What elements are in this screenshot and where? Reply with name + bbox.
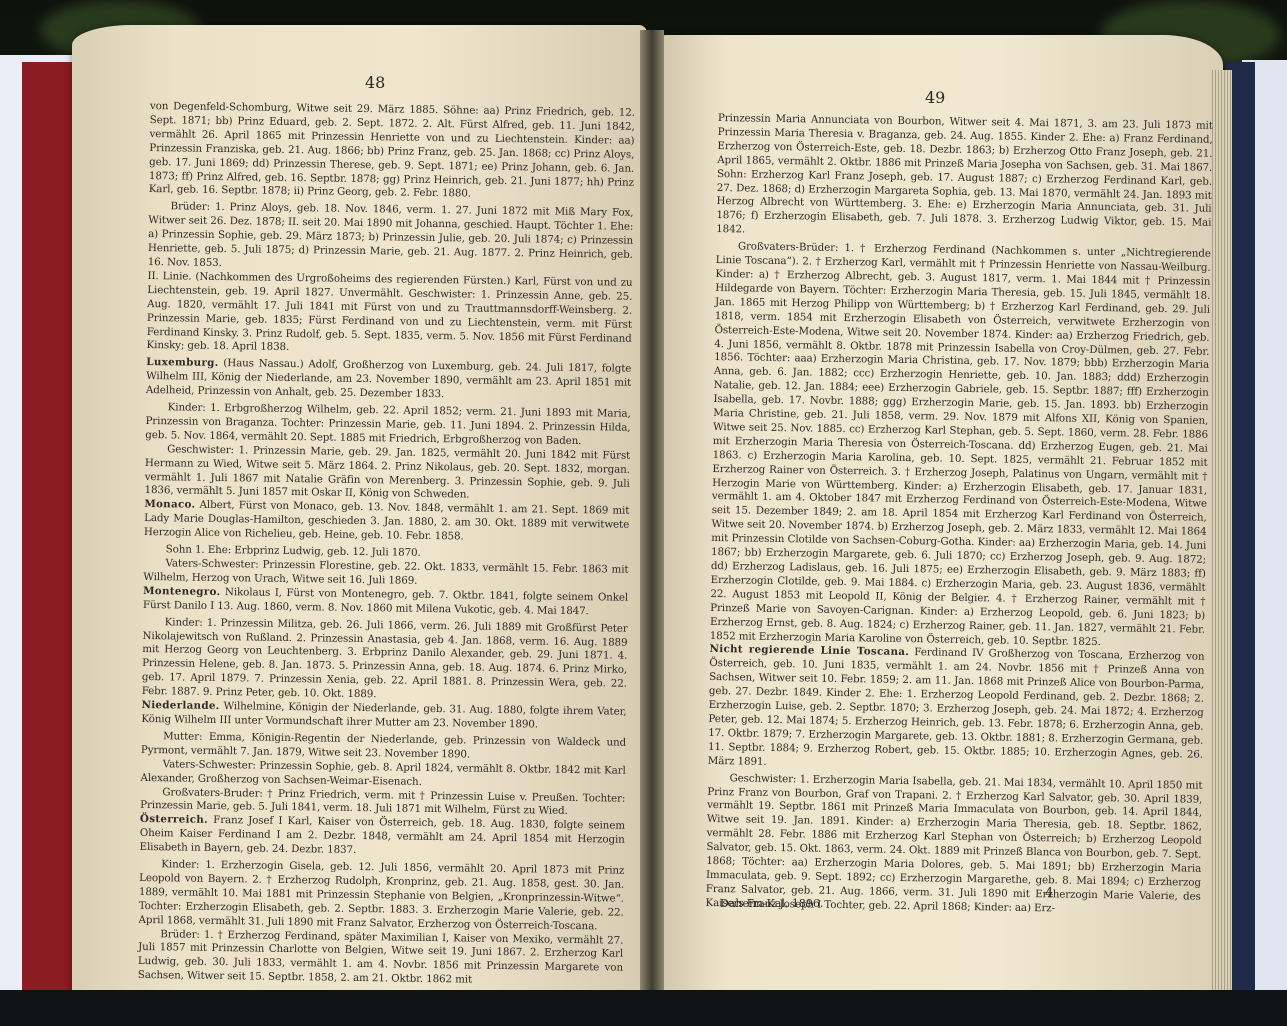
- genealogy-entry: Geschwister: 1. Prinzessin Marie, geb. 2…: [144, 443, 630, 505]
- genealogy-entry-montenegro: Montenegro. Nikolaus I, Fürst von Monten…: [143, 585, 628, 620]
- genealogy-entry-luxemburg: Luxemburg. (Haus Nassau.) Adolf, Großher…: [146, 356, 632, 404]
- genealogy-entry-oesterreich: Österreich. Franz Josef I Karl, Kaiser v…: [139, 813, 625, 861]
- genealogy-entry: Großvaters-Brüder: 1. † Erzherzog Ferdin…: [710, 240, 1211, 651]
- genealogy-entry: Brüder: 1. † Erzherzog Ferdinand, später…: [138, 927, 624, 989]
- genealogy-entry: Kinder: 1. Erzherzogin Gisela, geb. 12. …: [138, 858, 624, 934]
- book-gutter: [640, 30, 664, 1015]
- genealogy-entry: Kinder: 1. Erbgroßherzog Wilhelm, geb. 2…: [145, 401, 631, 449]
- right-page-number: 49: [925, 88, 945, 107]
- genealogy-entry: Prinzessin Maria Annunciata von Bourbon,…: [716, 112, 1213, 245]
- genealogy-entry-toscana: Nicht regierende Linie Toscana. Ferdinan…: [708, 643, 1205, 776]
- genealogy-entry-monaco: Monaco. Albert, Fürst von Monaco, geb. 1…: [144, 498, 630, 546]
- running-footer: Daheim-Kal. 1896.: [720, 897, 823, 910]
- surface-below-book: [0, 990, 1287, 1026]
- page-block-edges: [1210, 70, 1232, 995]
- left-page-text: von Degenfeld-Schomburg, Witwe seit 29. …: [138, 100, 635, 990]
- left-page-number: 48: [365, 73, 385, 92]
- genealogy-entry: von Degenfeld-Schomburg, Witwe seit 29. …: [149, 100, 635, 204]
- genealogy-entry: Kinder: 1. Prinzessin Militza, geb. 26. …: [142, 616, 628, 706]
- genealogy-entry: II. Linie. (Nachkommen des Urgroßoheims …: [146, 270, 632, 360]
- genealogy-entry: Brüder: 1. Prinz Aloys, geb. 18. Nov. 18…: [148, 200, 634, 276]
- genealogy-entry-niederlande: Niederlande. Wilhelmine, Königin der Nie…: [141, 699, 626, 734]
- signature-mark: 4: [1045, 886, 1053, 901]
- right-page-text: Prinzessin Maria Annunciata von Bourbon,…: [705, 112, 1212, 918]
